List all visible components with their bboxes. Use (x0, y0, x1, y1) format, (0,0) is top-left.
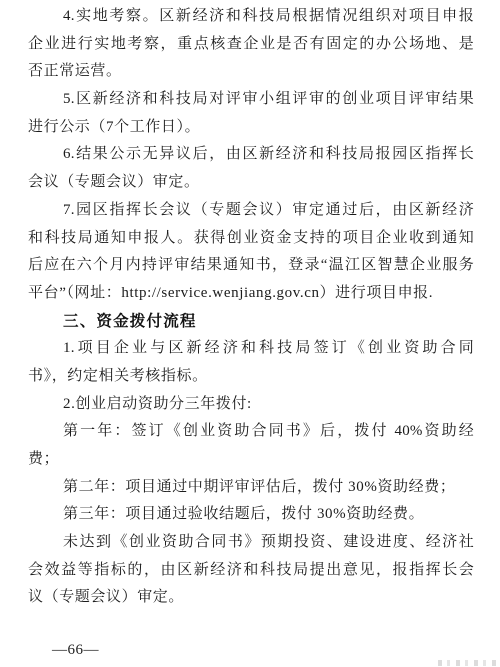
text-line: 否正常运营。 (28, 58, 474, 86)
text-line: 第一年：签订《创业资助合同书》后，拨付 40%资助经 (28, 418, 474, 446)
text-line: 企业进行实地考察，重点核查企业是否有固定的办公场地、是 (28, 31, 474, 59)
text-line: 平台”（网址：http://service.wenjiang.gov.cn）进行… (28, 280, 474, 308)
text-line: 2.创业启动资助分三年拨付: (28, 391, 474, 419)
text-line: 和科技局通知申报人。获得创业资金支持的项目企业收到通知 (28, 225, 474, 253)
text-line: 6.结果公示无异议后，由区新经济和科技局报园区指挥长 (28, 141, 474, 169)
text-line: 议（专题会议）审定。 (28, 584, 474, 612)
text-line: 进行公示（7个工作日）。 (28, 114, 474, 142)
page-number: —66— (52, 642, 99, 659)
text-line: 第三年：项目通过验收结题后，拨付 30%资助经费。 (28, 501, 474, 529)
text-line: 5.区新经济和科技局对评审小组评审的创业项目评审结果 (28, 86, 474, 114)
text-line: 未达到《创业资助合同书》预期投资、建设进度、经济社 (28, 529, 474, 557)
document-body: 4.实地考察。区新经济和科技局根据情况组织对项目申报企业进行实地考察，重点核查企… (28, 3, 474, 612)
document-page: 4.实地考察。区新经济和科技局根据情况组织对项目申报企业进行实地考察，重点核查企… (0, 0, 500, 667)
text-line: 第二年：项目通过中期评审评估后，拨付 30%资助经费； (28, 474, 474, 502)
text-line: 会议（专题会议）审定。 (28, 169, 474, 197)
text-line: 费； (28, 446, 474, 474)
page-edge-artifact (438, 660, 500, 666)
text-line: 4.实地考察。区新经济和科技局根据情况组织对项目申报 (28, 3, 474, 31)
text-line: 会效益等指标的，由区新经济和科技局提出意见，报指挥长会 (28, 557, 474, 585)
text-line: 7.园区指挥长会议（专题会议）审定通过后，由区新经济 (28, 197, 474, 225)
text-line: 1.项目企业与区新经济和科技局签订《创业资助合同 (28, 335, 474, 363)
text-line: 后应在六个月内持评审结果通知书，登录“温江区智慧企业服务 (28, 252, 474, 280)
section-heading: 三、资金拨付流程 (28, 308, 474, 336)
text-line: 书》，约定相关考核指标。 (28, 363, 474, 391)
